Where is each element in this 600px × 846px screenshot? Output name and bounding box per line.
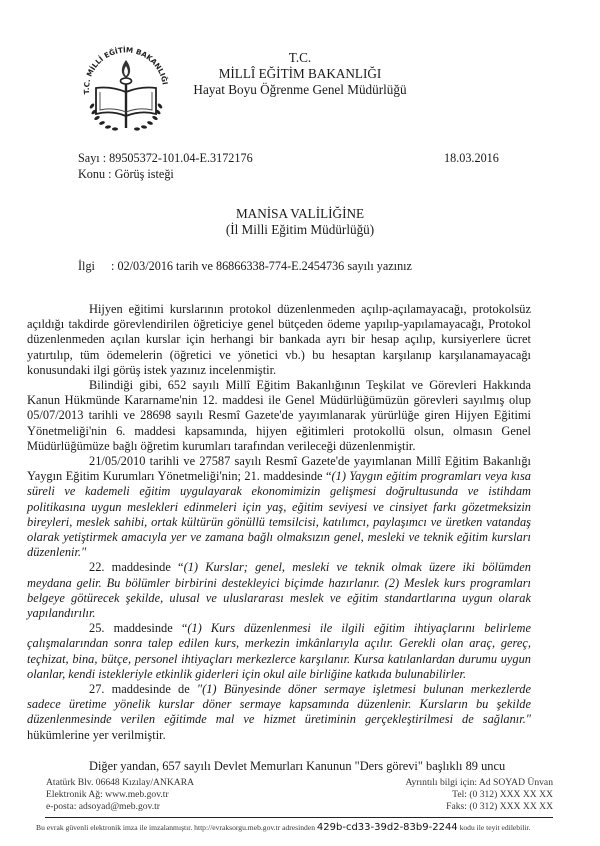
reference-value: : 02/03/2016 tarih ve 86866338-774-E.245…	[111, 259, 412, 273]
reference-row: İlgi : 02/03/2016 tarih ve 86866338-774-…	[78, 258, 412, 275]
konu-value: : Görüş isteği	[108, 167, 174, 181]
footer-address: Atatürk Blv. 06648 Kızılay/ANKARA	[46, 777, 194, 789]
paragraph-4: 22. maddesinde “(1) Kurslar; genel, mesl…	[27, 560, 531, 621]
sayi-label: Sayı	[78, 151, 100, 165]
paragraph-2: Bilindiği gibi, 652 sayılı Millî Eğitim …	[27, 378, 531, 454]
footer-address-block: Atatürk Blv. 06648 Kızılay/ANKARA Elektr…	[46, 777, 194, 813]
verification-note: Bu evrak güvenli elektronik imza ile imz…	[36, 822, 576, 833]
footer-divider	[45, 817, 553, 818]
paragraph-7: Diğer yandan, 657 sayılı Devlet Memurlar…	[27, 759, 531, 774]
verification-code: 429b-cd33-39d2-83b9-2244	[317, 822, 458, 833]
footer-contact-block: Ayrıntılı bilgi için: Ad SOYAD Ünvan Tel…	[293, 777, 553, 813]
header-line-tc: T.C.	[0, 50, 600, 65]
paragraph-6: 27. maddesinde de "(1) Bünyesinde döner …	[27, 682, 531, 743]
paragraph-3: 21/05/2010 tarihli ve 27587 sayılı Resmî…	[27, 454, 531, 560]
footer-email: e-posta: adsoyad@meb.gov.tr	[46, 801, 194, 813]
paragraph-1: Hijyen eğitimi kurslarının protokol düze…	[27, 302, 531, 378]
letter-body: Hijyen eğitimi kurslarının protokol düze…	[27, 302, 531, 774]
footer-web: Elektronik Ağ: www.meb.gov.tr	[46, 789, 194, 801]
reference-label: İlgi	[78, 258, 108, 275]
paragraph-5: 25. maddesinde “(1) Kurs düzenlenmesi il…	[27, 621, 531, 682]
header-directorate: Hayat Boyu Öğrenme Genel Müdürlüğü	[0, 82, 600, 97]
recipient-line1: MANİSA VALİLİĞİNE	[0, 206, 600, 221]
document-date: 18.03.2016	[444, 150, 499, 167]
konu-label: Konu	[78, 167, 105, 181]
footer-contact: Ayrıntılı bilgi için: Ad SOYAD Ünvan	[293, 777, 553, 789]
sayi-value: : 89505372-101.04-E.3172176	[103, 151, 253, 165]
recipient-line2: (İl Milli Eğitim Müdürlüğü)	[0, 222, 600, 237]
sayi-row: Sayı : 89505372-101.04-E.3172176	[78, 150, 253, 167]
header-ministry-name: MİLLÎ EĞİTİM BAKANLIĞI	[0, 66, 600, 81]
footer-tel: Tel: (0 312) XXX XX XX	[293, 789, 553, 801]
footer-fax: Faks: (0 312) XXX XX XX	[293, 801, 553, 813]
konu-row: Konu : Görüş isteği	[78, 166, 174, 183]
